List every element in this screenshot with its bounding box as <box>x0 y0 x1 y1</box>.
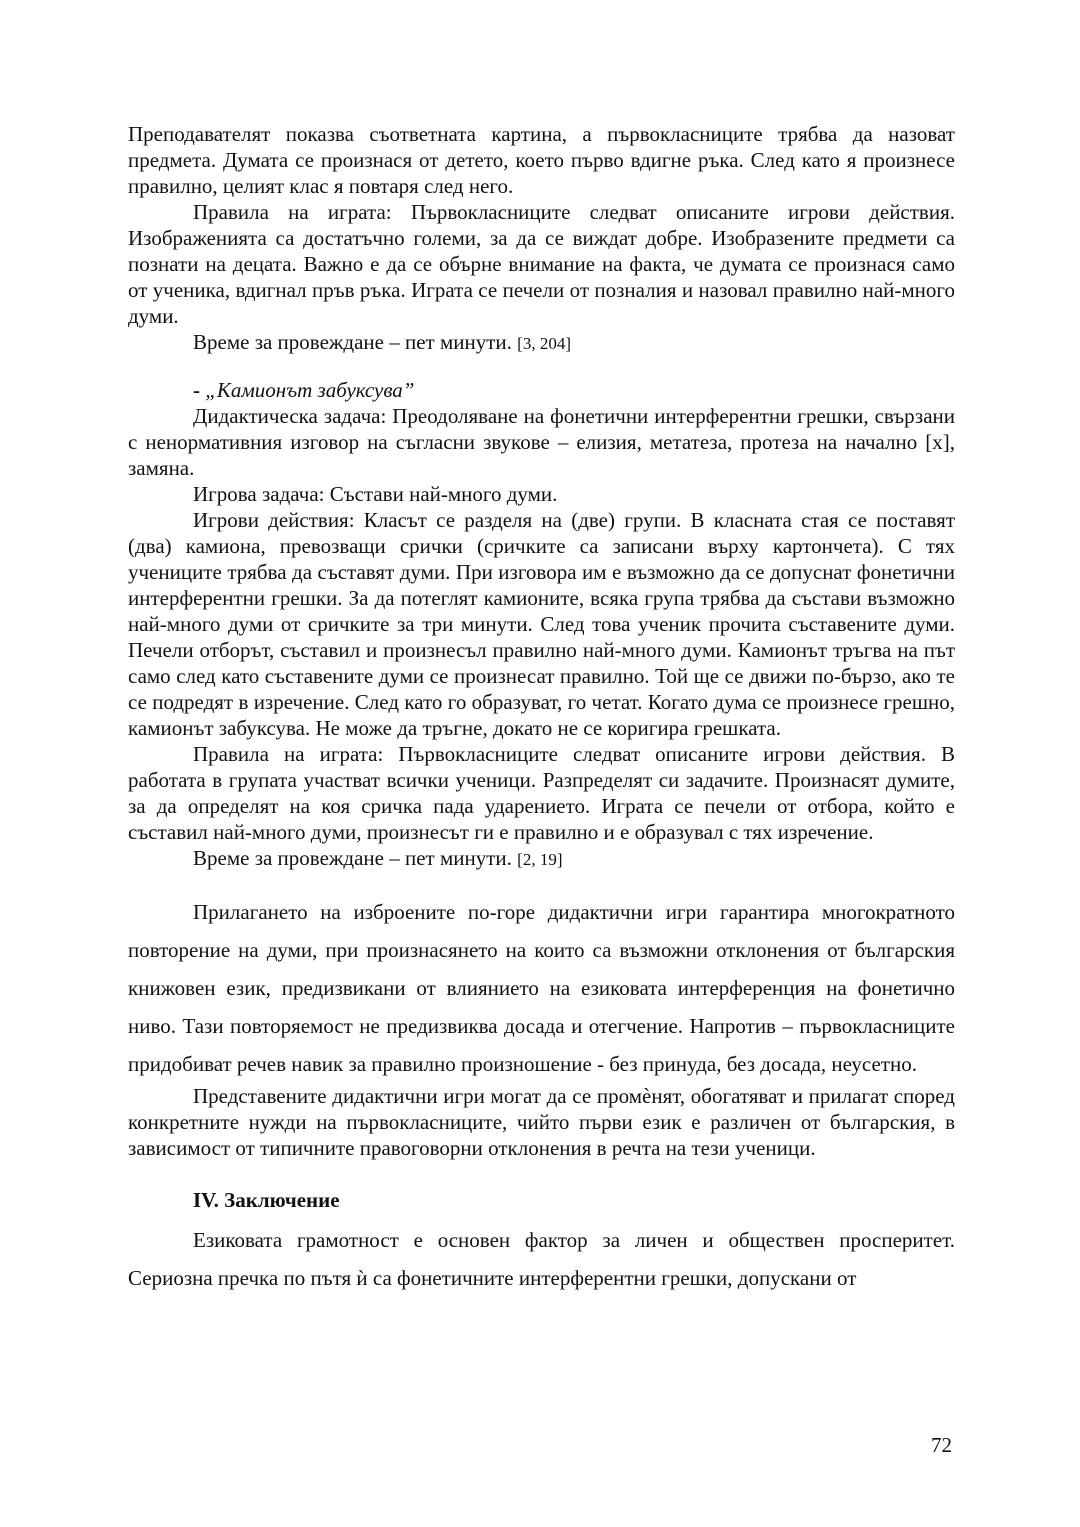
time-1-text: Време за провеждане – пет минути. <box>193 330 512 354</box>
paragraph-didactic-task: Дидактическа задача: Преодоляване на фон… <box>128 403 955 481</box>
document-page: Преподавателят показва съответната карти… <box>0 0 1080 1527</box>
paragraph-game-rules-1: Правила на играта: Първокласниците следв… <box>128 199 955 329</box>
page-number: 72 <box>931 1432 952 1458</box>
heading-dash: - <box>193 378 200 402</box>
paragraph-game-task: Игрова задача: Състави най-много думи. <box>128 481 955 507</box>
citation-2: [2, 19] <box>517 850 562 869</box>
paragraph-application: Прилагането на изброените по-горе дидакт… <box>128 893 955 1083</box>
paragraph-game-actions: Игрови действия: Класът се разделя на (д… <box>128 507 955 741</box>
paragraph-conclusion: Езиковата грамотност е основен фактор за… <box>128 1221 955 1297</box>
paragraph-presented-games: Представените дидактични игри могат да с… <box>128 1083 955 1161</box>
time-2-text: Време за провеждане – пет минути. <box>193 846 512 870</box>
paragraph-time-2: Време за провеждане – пет минути. [2, 19… <box>128 845 955 873</box>
paragraph-game-rules-2: Правила на играта: Първокласниците следв… <box>128 741 955 845</box>
paragraph-continuation: Преподавателят показва съответната карти… <box>128 121 955 199</box>
paragraph-time-1: Време за провеждане – пет минути. [3, 20… <box>128 329 955 357</box>
citation-1: [3, 204] <box>517 334 571 353</box>
game-title-text: „Камионът забуксува” <box>205 378 414 402</box>
section-heading-conclusion: IV. Заключение <box>128 1187 955 1213</box>
game-title-heading: - „Камионът забуксува” <box>128 377 955 403</box>
